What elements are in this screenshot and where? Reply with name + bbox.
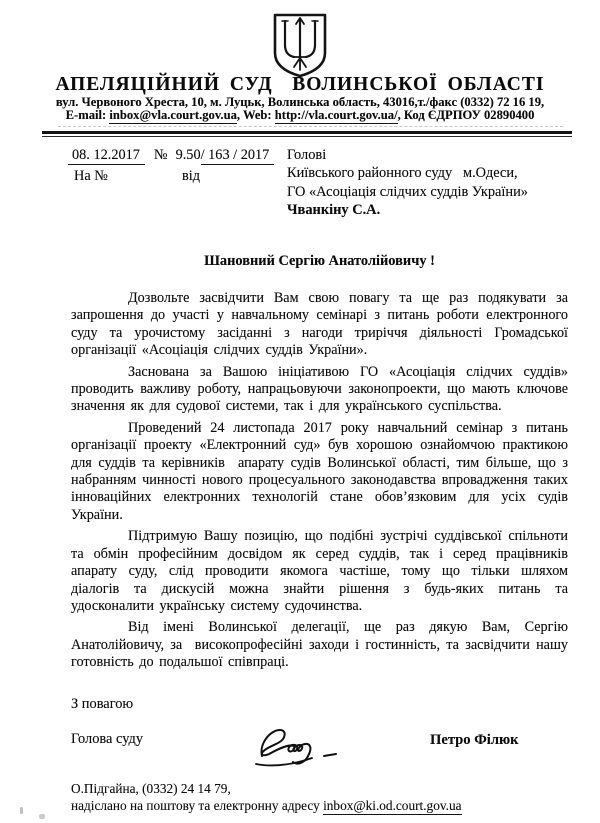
recipient-court: Київського районного суду м.Одеси, xyxy=(287,164,528,182)
outgoing-number-prefix: 9.50 xyxy=(176,147,201,163)
number-sign: № xyxy=(154,147,168,163)
scan-artifact-line xyxy=(58,126,563,127)
incoming-date-label: від xyxy=(182,168,200,185)
edrpou-code: , Код ЄДРПОУ 02890400 xyxy=(398,108,535,122)
web-label: , Web: xyxy=(237,108,275,122)
header-divider xyxy=(42,131,572,137)
incoming-number-label: На № xyxy=(74,168,108,184)
reference-block: 08. 12.2017№9.50/ 163 / 2017 На №від xyxy=(68,147,274,185)
scan-speck xyxy=(39,814,45,819)
paragraph-4: Підтримую Вашу позицію, що подібні зустр… xyxy=(71,528,568,615)
executor-contact: О.Підгайна, (0332) 24 14 79, xyxy=(71,781,231,797)
outgoing-number: / 163 / 2017 xyxy=(201,147,275,165)
recipient-name: Чванкіну С.А. xyxy=(287,201,528,219)
court-title: АПЕЛЯЦІЙНИЙ СУД ВОЛИНСЬКОЇ ОБЛАСТІ xyxy=(0,74,600,96)
outgoing-reference-line: 08. 12.2017№9.50/ 163 / 2017 xyxy=(68,147,274,164)
recipient-title: Голові xyxy=(287,146,528,164)
recipient-block: Голові Київського районного суду м.Одеси… xyxy=(287,146,528,220)
delivery-note: надіслано на поштову та електронну адрес… xyxy=(71,798,462,814)
court-contacts-line: E-mail: inbox@vla.court.gov.ua, Web: htt… xyxy=(0,108,600,123)
paragraph-3: Проведений 24 листопада 2017 року навчал… xyxy=(71,420,568,524)
recipient-organization: ГО «Асоціація слідчих суддів України» xyxy=(287,183,528,201)
scan-speck xyxy=(20,807,23,814)
handwritten-signature xyxy=(246,722,352,776)
delivery-note-label: надіслано на поштову та електронну адрес… xyxy=(71,798,323,813)
email-label: E-mail: xyxy=(66,108,110,122)
incoming-reference-line: На №від xyxy=(68,168,274,185)
divider-thick-line xyxy=(42,131,572,134)
divider-thin-line xyxy=(42,136,572,138)
ukraine-trident-emblem-icon xyxy=(270,13,330,79)
signer-name: Петро Філюк xyxy=(430,732,519,749)
paragraph-1: Дозвольте засвідчити Вам свою повагу та … xyxy=(71,290,568,360)
court-email-link: inbox@vla.court.gov.ua xyxy=(109,108,237,124)
paragraph-5: Від імені Волинської делегації, ще раз д… xyxy=(71,619,568,671)
salutation: Шановний Сергію Анатолійовичу ! xyxy=(71,253,568,270)
scanned-letter-page: АПЕЛЯЦІЙНИЙ СУД ВОЛИНСЬКОЇ ОБЛАСТІ вул. … xyxy=(0,0,600,823)
signer-position: Голова суду xyxy=(71,731,143,748)
paragraph-2: Заснована за Вашою ініціативою ГО «Асоці… xyxy=(71,364,568,416)
court-website-link: http://vla.court.gov.ua/ xyxy=(275,108,398,124)
outgoing-date: 08. 12.2017 xyxy=(68,147,145,165)
closing-regards: З повагою xyxy=(71,696,133,713)
letter-body: Дозвольте засвідчити Вам свою повагу та … xyxy=(71,290,568,676)
delivery-email-link: inbox@ki.od.court.gov.ua xyxy=(323,798,461,815)
